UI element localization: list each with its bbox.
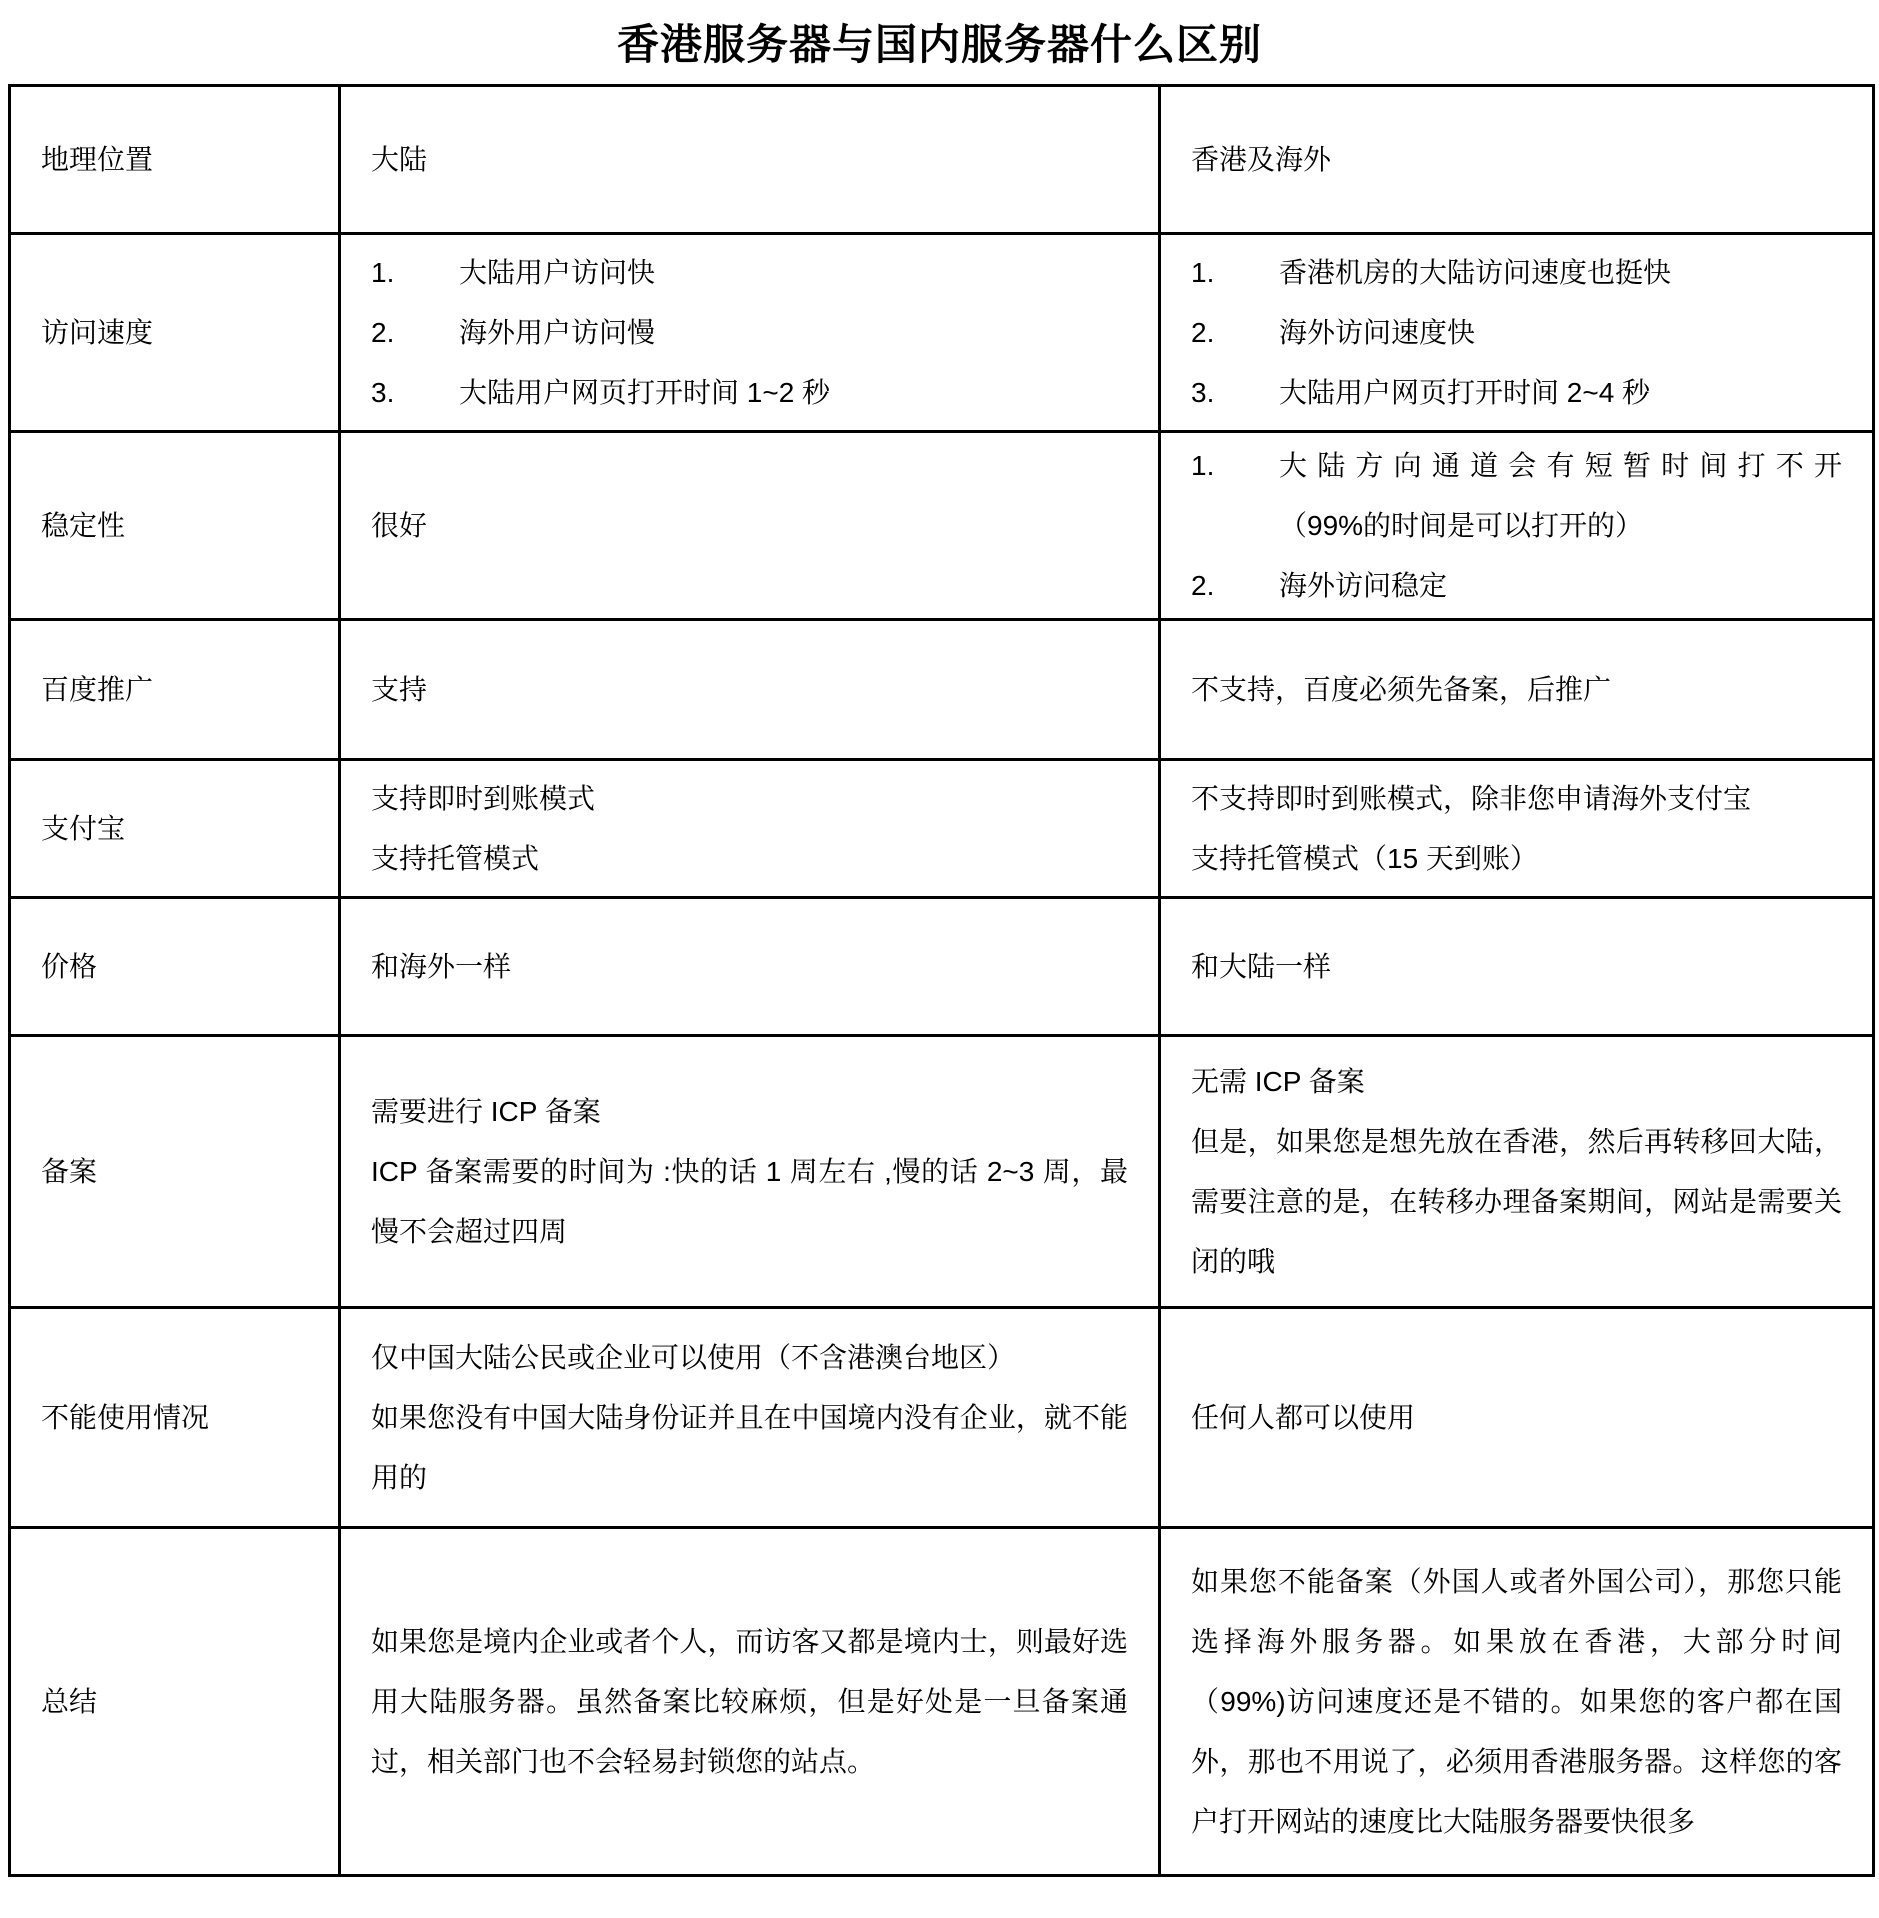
- cell-price-mainland: 和海外一样: [340, 898, 1160, 1036]
- table-row-stability: 稳定性 很好 1. 大陆方向通道会有短暂时间打不开 （99%的时间是可以打开的）…: [10, 432, 1874, 620]
- cell-text: 和海外一样: [371, 951, 511, 982]
- cell-summary-hk: 如果您不能备案（外国人或者外国公司），那您只能选择海外服务器。如果放在香港，大部…: [1160, 1528, 1874, 1876]
- paragraph: 如果您不能备案（外国人或者外国公司），那您只能选择海外服务器。如果放在香港，大部…: [1191, 1552, 1842, 1852]
- row-label: 不能使用情况: [41, 1402, 209, 1433]
- paragraph: 如果您是境内企业或者个人，而访客又都是境内士，则最好选用大陆服务器。虽然备案比较…: [371, 1612, 1128, 1792]
- cell-baidu-hk: 不支持，百度必须先备案，后推广: [1160, 620, 1874, 760]
- cell-summary-label: 总结: [10, 1528, 340, 1876]
- table-row-restriction: 不能使用情况 仅中国大陆公民或企业可以使用（不含港澳台地区） 如果您没有中国大陆…: [10, 1308, 1874, 1528]
- list-item: 2. 海外访问稳定: [1191, 556, 1842, 616]
- paragraph: ICP 备案需要的时间为 :快的话 1 周左右 ,慢的话 2~3 周，最慢不会超…: [371, 1142, 1128, 1262]
- list-text: 大陆用户网页打开时间 1~2 秒: [459, 363, 1128, 423]
- list-item: 1. 大陆方向通道会有短暂时间打不开 （99%的时间是可以打开的）: [1191, 436, 1842, 556]
- cell-stability-label: 稳定性: [10, 432, 340, 620]
- table-row-speed: 访问速度 1. 大陆用户访问快 2. 海外用户访问慢 3. 大陆用户网页打开时间…: [10, 234, 1874, 432]
- paragraph: 仅中国大陆公民或企业可以使用（不含港澳台地区）: [371, 1328, 1128, 1388]
- page-title: 香港服务器与国内服务器什么区别: [0, 0, 1879, 84]
- row-label: 访问速度: [41, 317, 153, 348]
- list-number: 3.: [371, 363, 459, 423]
- cell-text: 大陆: [371, 144, 427, 175]
- table-row-icp: 备案 需要进行 ICP 备案 ICP 备案需要的时间为 :快的话 1 周左右 ,…: [10, 1036, 1874, 1308]
- cell-icp-label: 备案: [10, 1036, 340, 1308]
- list-text-line: 大陆方向通道会有短暂时间打不开: [1279, 436, 1842, 496]
- table-row-alipay: 支付宝 支持即时到账模式 支持托管模式 不支持即时到账模式，除非您申请海外支付宝…: [10, 760, 1874, 898]
- cell-alipay-label: 支付宝: [10, 760, 340, 898]
- table-row-baidu: 百度推广 支持 不支持，百度必须先备案，后推广: [10, 620, 1874, 760]
- list-item: 2. 海外访问速度快: [1191, 303, 1842, 363]
- cell-text: 支持: [371, 674, 427, 705]
- list-number: 3.: [1191, 363, 1279, 423]
- list-number: 1.: [1191, 243, 1279, 303]
- list-number: 2.: [1191, 303, 1279, 363]
- cell-speed-hk: 1. 香港机房的大陆访问速度也挺快 2. 海外访问速度快 3. 大陆用户网页打开…: [1160, 234, 1874, 432]
- list-number: 2.: [1191, 556, 1279, 616]
- cell-text: 和大陆一样: [1191, 951, 1331, 982]
- cell-text: 任何人都可以使用: [1191, 1402, 1415, 1433]
- paragraph: 如果您没有中国大陆身份证并且在中国境内没有企业，就不能用的: [371, 1388, 1128, 1508]
- list-number: 1.: [371, 243, 459, 303]
- table-row-price: 价格 和海外一样 和大陆一样: [10, 898, 1874, 1036]
- paragraph: 支持托管模式: [371, 829, 1128, 889]
- paragraph: 需要进行 ICP 备案: [371, 1082, 1128, 1142]
- table-row-summary: 总结 如果您是境内企业或者个人，而访客又都是境内士，则最好选用大陆服务器。虽然备…: [10, 1528, 1874, 1876]
- list-item: 2. 海外用户访问慢: [371, 303, 1128, 363]
- cell-restriction-hk: 任何人都可以使用: [1160, 1308, 1874, 1528]
- list-number: 1.: [1191, 436, 1279, 496]
- list-text: 海外访问速度快: [1279, 303, 1842, 363]
- cell-icp-mainland: 需要进行 ICP 备案 ICP 备案需要的时间为 :快的话 1 周左右 ,慢的话…: [340, 1036, 1160, 1308]
- row-label: 稳定性: [41, 510, 125, 541]
- cell-text: 很好: [371, 510, 427, 541]
- row-label: 支付宝: [41, 813, 125, 844]
- cell-text: 不支持，百度必须先备案，后推广: [1191, 674, 1611, 705]
- cell-restriction-mainland: 仅中国大陆公民或企业可以使用（不含港澳台地区） 如果您没有中国大陆身份证并且在中…: [340, 1308, 1160, 1528]
- cell-baidu-mainland: 支持: [340, 620, 1160, 760]
- list-item: 3. 大陆用户网页打开时间 2~4 秒: [1191, 363, 1842, 423]
- cell-stability-mainland: 很好: [340, 432, 1160, 620]
- row-label: 地理位置: [41, 144, 153, 175]
- list-item: 3. 大陆用户网页打开时间 1~2 秒: [371, 363, 1128, 423]
- cell-speed-mainland: 1. 大陆用户访问快 2. 海外用户访问慢 3. 大陆用户网页打开时间 1~2 …: [340, 234, 1160, 432]
- cell-location-mainland: 大陆: [340, 86, 1160, 234]
- cell-icp-hk: 无需 ICP 备案 但是，如果您是想先放在香港，然后再转移回大陆，需要注意的是，…: [1160, 1036, 1874, 1308]
- cell-price-label: 价格: [10, 898, 340, 1036]
- list-text: 大陆方向通道会有短暂时间打不开 （99%的时间是可以打开的）: [1279, 436, 1842, 556]
- paragraph: 无需 ICP 备案: [1191, 1052, 1842, 1112]
- row-label: 百度推广: [41, 674, 153, 705]
- list-item: 1. 香港机房的大陆访问速度也挺快: [1191, 243, 1842, 303]
- cell-summary-mainland: 如果您是境内企业或者个人，而访客又都是境内士，则最好选用大陆服务器。虽然备案比较…: [340, 1528, 1160, 1876]
- cell-baidu-label: 百度推广: [10, 620, 340, 760]
- cell-location-hk: 香港及海外: [1160, 86, 1874, 234]
- list-text: 大陆用户访问快: [459, 243, 1128, 303]
- cell-restriction-label: 不能使用情况: [10, 1308, 340, 1528]
- list-text-line: （99%的时间是可以打开的）: [1279, 496, 1842, 556]
- row-label: 价格: [41, 951, 97, 982]
- list-text: 海外用户访问慢: [459, 303, 1128, 363]
- paragraph: 支持托管模式（15 天到账）: [1191, 829, 1842, 889]
- paragraph: 支持即时到账模式: [371, 769, 1128, 829]
- cell-alipay-hk: 不支持即时到账模式，除非您申请海外支付宝 支持托管模式（15 天到账）: [1160, 760, 1874, 898]
- comparison-table: 地理位置 大陆 香港及海外 访问速度 1. 大陆用户访问快 2. 海外用户访问慢…: [8, 84, 1875, 1877]
- paragraph: 不支持即时到账模式，除非您申请海外支付宝: [1191, 769, 1842, 829]
- list-item: 1. 大陆用户访问快: [371, 243, 1128, 303]
- row-label: 总结: [41, 1686, 97, 1717]
- paragraph: 但是，如果您是想先放在香港，然后再转移回大陆，需要注意的是，在转移办理备案期间，…: [1191, 1112, 1842, 1292]
- list-number: 2.: [371, 303, 459, 363]
- row-label: 备案: [41, 1156, 97, 1187]
- table-row-location: 地理位置 大陆 香港及海外: [10, 86, 1874, 234]
- list-text: 香港机房的大陆访问速度也挺快: [1279, 243, 1842, 303]
- list-text: 海外访问稳定: [1279, 556, 1842, 616]
- cell-alipay-mainland: 支持即时到账模式 支持托管模式: [340, 760, 1160, 898]
- cell-text: 香港及海外: [1191, 144, 1331, 175]
- cell-stability-hk: 1. 大陆方向通道会有短暂时间打不开 （99%的时间是可以打开的） 2. 海外访…: [1160, 432, 1874, 620]
- cell-price-hk: 和大陆一样: [1160, 898, 1874, 1036]
- list-text: 大陆用户网页打开时间 2~4 秒: [1279, 363, 1842, 423]
- cell-location-label: 地理位置: [10, 86, 340, 234]
- cell-speed-label: 访问速度: [10, 234, 340, 432]
